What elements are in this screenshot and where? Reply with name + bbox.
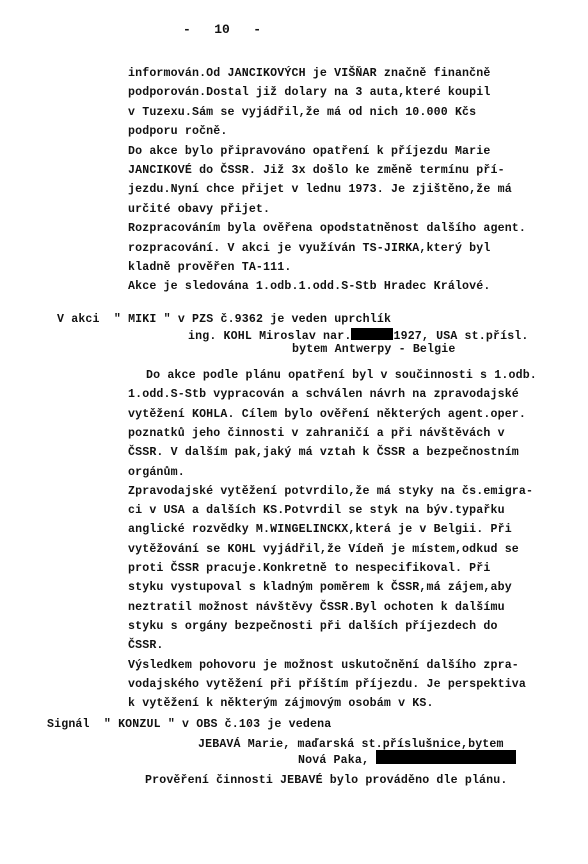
text-line: Zpravodajské vytěžení potvrdilo,že má st… (128, 484, 533, 500)
text-line: JANCIKOVÉ do ČSSR. Již 3x došlo ke změně… (128, 163, 505, 179)
text-line: v Tuzexu.Sám se vyjádřil,že má od nich 1… (128, 105, 476, 121)
text-line: orgánům. (128, 465, 185, 481)
text-line: Do akce podle plánu opatření byl v souči… (146, 368, 537, 384)
text-line: styku vystupoval s kladným poměrem k ČSS… (128, 580, 512, 596)
redaction-birthdate (351, 328, 393, 340)
text-line: Rozpracováním byla ověřena opodstatněnos… (128, 221, 526, 237)
text-line: ci v USA a dalších KS.Potvrdil se styk n… (128, 503, 505, 519)
text-line: Akce je sledována 1.odb.1.odd.S-Stb Hrad… (128, 279, 490, 295)
text-line: Výsledkem pohovoru je možnost uskutočněn… (128, 658, 519, 674)
text-line: vytěžování se KOHL vyjádřil,že Vídeň je … (128, 542, 519, 558)
text-line: Do akce bylo připravováno opatření k pří… (128, 144, 490, 160)
text-line: k vytěžení k některým zájmovým osobám v … (128, 696, 434, 712)
konzul-residence-prefix: Nová Paka, (298, 754, 369, 767)
text-line: informován.Od JANCIKOVÝCH je VIŠŇAR znač… (128, 66, 490, 82)
text-line: kladně prověřen TA-111. (128, 260, 291, 276)
text-line: neztratil možnost návštěvy ČSSR.Byl ocho… (128, 600, 505, 616)
text-line: podporu ročně. (128, 124, 228, 140)
konzul-residence: Nová Paka, (298, 750, 516, 769)
miki-residence: bytem Antwerpy - Belgie (292, 342, 455, 358)
text-line: určité obavy přijet. (128, 202, 270, 218)
text-line: anglické rozvědky M.WINGELINCKX,která je… (128, 522, 512, 538)
text-line: poznatků jeho činnosti v zahraničí a při… (128, 426, 505, 442)
miki-header: V akci " MIKI " v PZS č.9362 je veden up… (57, 312, 391, 328)
text-line: vytěžení KOHLA. Cílem bylo ověření někte… (128, 407, 526, 423)
text-line: vodajského vytěžení při příštím příjezdu… (128, 677, 526, 693)
text-line: podporován.Dostal již dolary na 3 auta,k… (128, 85, 490, 101)
page-number: - 10 - (183, 22, 261, 37)
text-line: styku s orgány bezpečnosti při dalších p… (128, 619, 498, 635)
text-line: rozpracování. V akci je využíván TS-JIRK… (128, 241, 490, 257)
text-line: ČSSR. (128, 638, 164, 654)
konzul-header: Signál " KONZUL " v OBS č.103 je vedena (47, 717, 331, 733)
konzul-body: Prověření činnosti JEBAVÉ bylo prováděno… (145, 773, 507, 789)
text-line: ČSSR. V dalším pak,jaký má vztah k ČSSR … (128, 445, 519, 461)
text-line: jezdu.Nyní chce přijet v lednu 1973. Je … (128, 182, 512, 198)
text-line: 1.odd.S-Stb vypracován a schválen návrh … (128, 387, 519, 403)
text-line: proti ČSSR pracuje.Konkretně to nespecif… (128, 561, 490, 577)
redaction-address (376, 750, 516, 764)
